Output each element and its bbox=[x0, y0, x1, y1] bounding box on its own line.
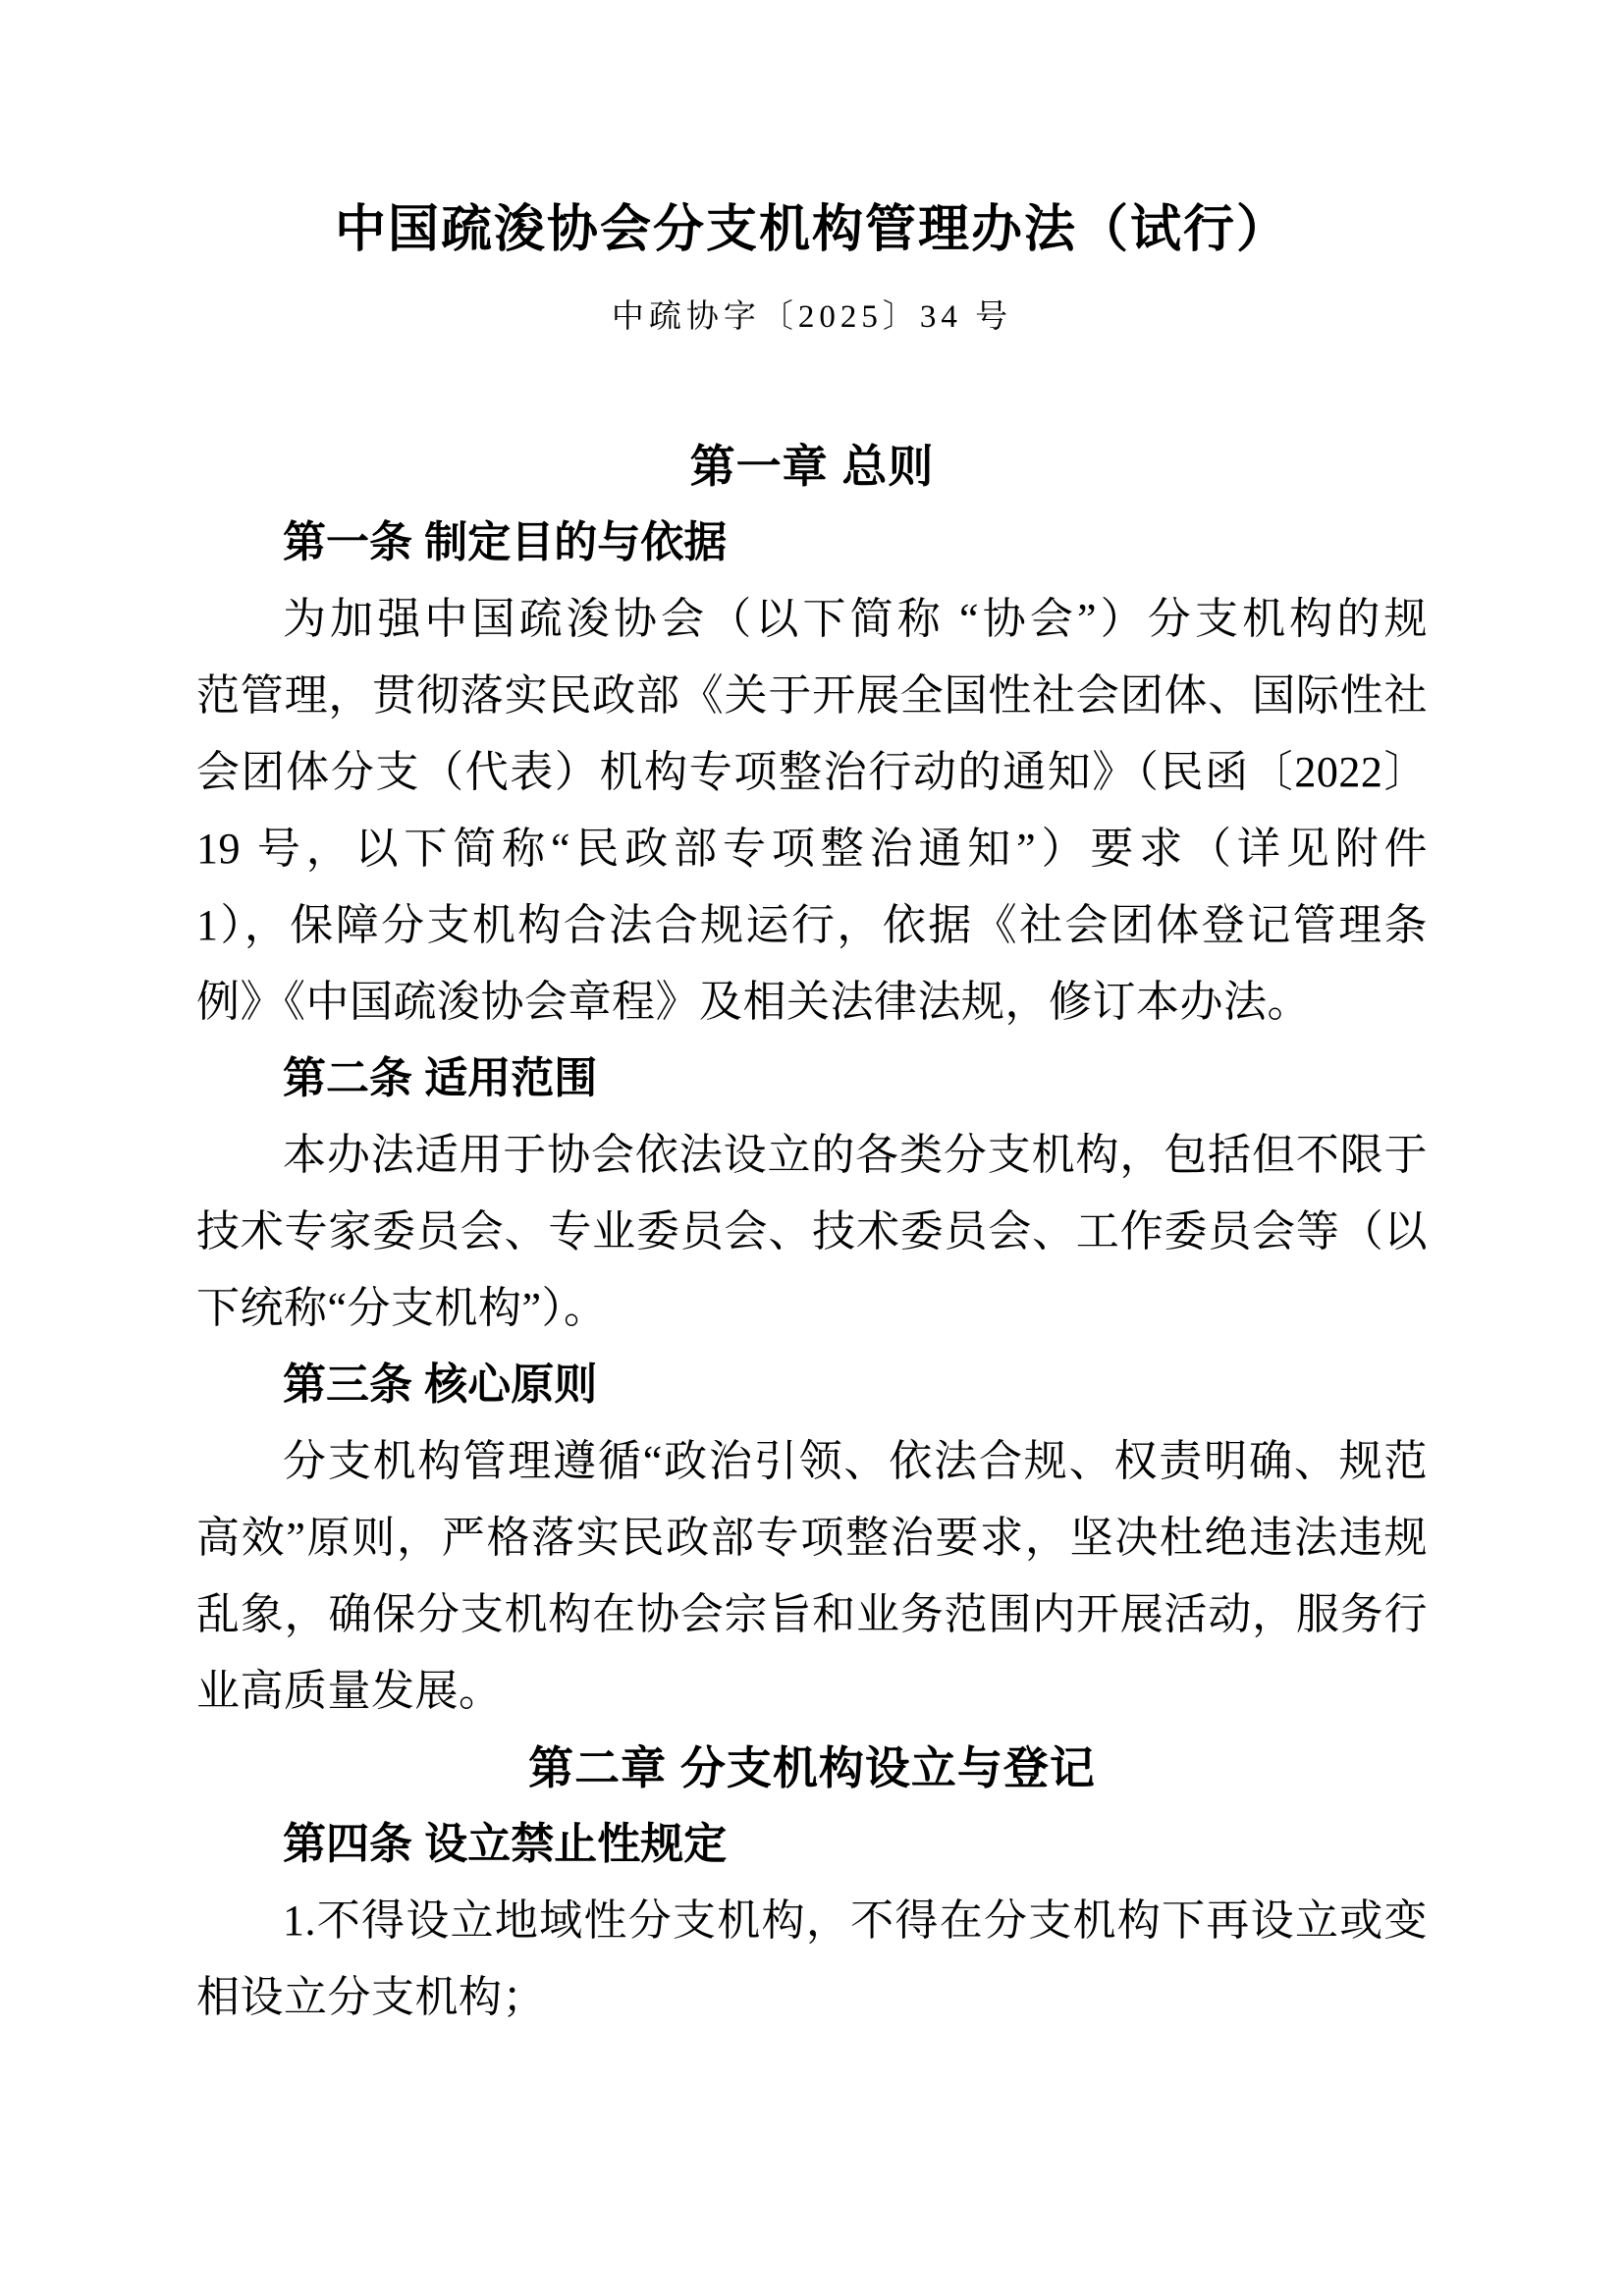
document-number: 中疏协字〔2025〕34 号 bbox=[196, 294, 1428, 340]
body-text-line: 1），保障分支机构合法合规运行，依据《社会团体登记管理条 bbox=[196, 887, 1428, 964]
paragraph: 1.不得设立地域性分支机构，不得在分支机构下再设立或变相设立分支机构； bbox=[196, 1883, 1428, 2036]
body-text-line: 1.不得设立地域性分支机构，不得在分支机构下再设立或变 bbox=[196, 1883, 1428, 1959]
body-text-line: 技术专家委员会、专业委员会、技术委员会、工作委员会等（以 bbox=[196, 1194, 1428, 1270]
body-text-line: 高效”原则，严格落实民政部专项整治要求，坚决杜绝违法违规 bbox=[196, 1500, 1428, 1576]
body-text-line: 业高质量发展。 bbox=[196, 1653, 1428, 1730]
body-text-line: 相设立分支机构； bbox=[196, 1959, 1428, 2036]
article-heading: 第二条 适用范围 bbox=[196, 1041, 1428, 1117]
body-text-line: 分支机构管理遵循“政治引领、依法合规、权责明确、规范 bbox=[196, 1423, 1428, 1500]
body-text-line: 范管理，贯彻落实民政部《关于开展全国性社会团体、国际性社 bbox=[196, 658, 1428, 734]
body-text-line: 乱象，确保分支机构在协会宗旨和业务范围内开展活动，服务行 bbox=[196, 1576, 1428, 1653]
document-body: 第一章 总则第一条 制定目的与依据为加强中国疏浚协会（以下简称 “协会”）分支机… bbox=[196, 428, 1428, 2036]
paragraph: 本办法适用于协会依法设立的各类分支机构，包括但不限于技术专家委员会、专业委员会、… bbox=[196, 1117, 1428, 1347]
article-heading: 第三条 核心原则 bbox=[196, 1347, 1428, 1423]
article-heading: 第四条 设立禁止性规定 bbox=[196, 1806, 1428, 1883]
body-text-line: 为加强中国疏浚协会（以下简称 “协会”）分支机构的规 bbox=[196, 581, 1428, 658]
article-heading: 第一条 制定目的与依据 bbox=[196, 505, 1428, 581]
body-text-line: 例》《中国疏浚协会章程》及相关法律法规，修订本办法。 bbox=[196, 964, 1428, 1041]
paragraph: 为加强中国疏浚协会（以下简称 “协会”）分支机构的规范管理，贯彻落实民政部《关于… bbox=[196, 581, 1428, 1041]
paragraph: 分支机构管理遵循“政治引领、依法合规、权责明确、规范高效”原则，严格落实民政部专… bbox=[196, 1423, 1428, 1730]
document-title: 中国疏浚协会分支机构管理办法（试行） bbox=[157, 194, 1467, 265]
body-text-line: 会团体分支（代表）机构专项整治行动的通知》（民函〔2022〕 bbox=[196, 734, 1428, 811]
chapter-heading: 第二章 分支机构设立与登记 bbox=[196, 1730, 1428, 1806]
body-text-line: 19 号，以下简称“民政部专项整治通知”）要求（详见附件 bbox=[196, 811, 1428, 887]
document-page: 中国疏浚协会分支机构管理办法（试行） 中疏协字〔2025〕34 号 第一章 总则… bbox=[0, 0, 1624, 2296]
body-text-line: 本办法适用于协会依法设立的各类分支机构，包括但不限于 bbox=[196, 1117, 1428, 1194]
chapter-heading: 第一章 总则 bbox=[196, 428, 1428, 505]
body-text-line: 下统称“分支机构”）。 bbox=[196, 1270, 1428, 1347]
